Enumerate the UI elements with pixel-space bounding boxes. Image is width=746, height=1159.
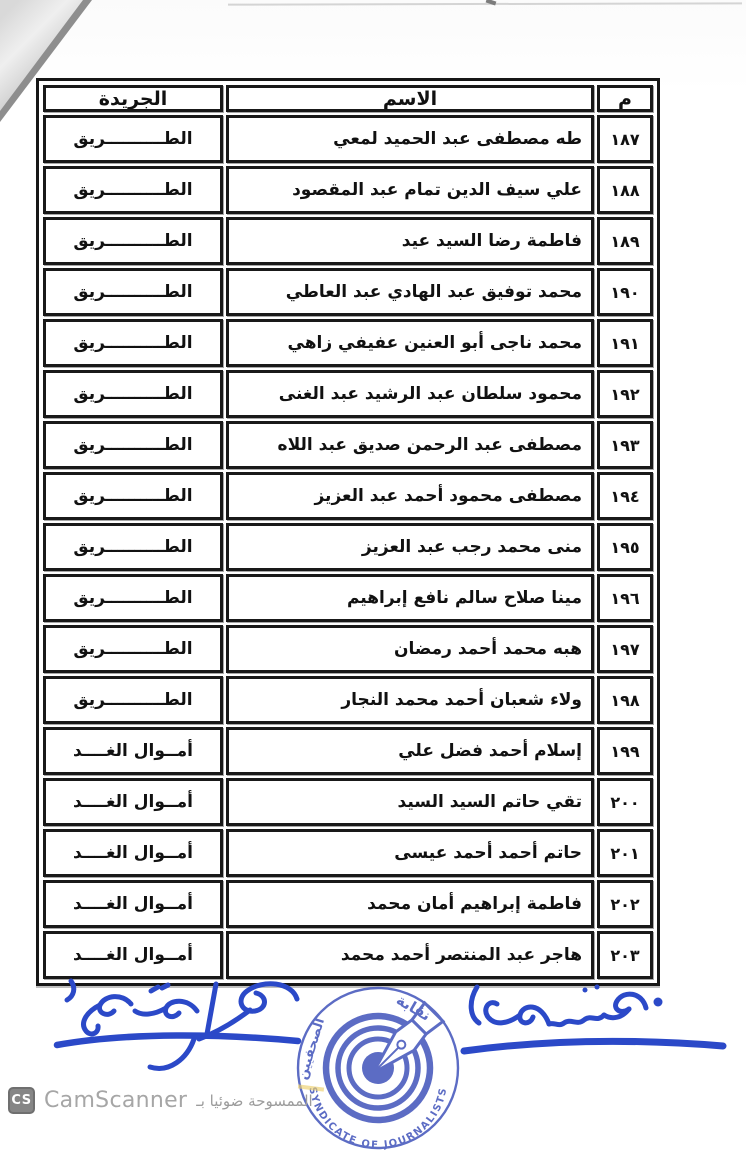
row-newspaper-cell: الطــــــــــريق: [43, 421, 223, 469]
row-number-cell: ٢٠٠: [597, 778, 653, 826]
column-header-name: الاسم: [226, 85, 594, 112]
row-name-cell: ولاء شعبان أحمد محمد النجار: [226, 676, 594, 724]
row-newspaper-cell: الطــــــــــريق: [43, 676, 223, 724]
row-name-cell: فاطمة إبراهيم أمان محمد: [226, 880, 594, 928]
row-newspaper-cell: الطــــــــــريق: [43, 523, 223, 571]
row-newspaper-cell: الطــــــــــريق: [43, 319, 223, 367]
row-number-cell: ١٩٨: [597, 676, 653, 724]
pen-nib-icon: [364, 1003, 443, 1082]
row-number-cell: ١٨٨: [597, 166, 653, 214]
row-newspaper-cell: أمــوال الغــــد: [43, 778, 223, 826]
row-name-cell: علي سيف الدين تمام عبد المقصود: [226, 166, 594, 214]
row-newspaper-cell: أمــوال الغــــد: [43, 931, 223, 979]
signature-right: [464, 985, 723, 1052]
row-number-cell: ١٩٤: [597, 472, 653, 520]
camscanner-watermark: CS CamScanner الممسوحة ضوئيا بـ: [8, 1087, 313, 1114]
page-scan-container: م الاسم الجريدة ١٨٧ طه مصطفى عبد الحميد …: [0, 0, 746, 1159]
row-name-cell: مصطفى محمود أحمد عبد العزيز: [226, 472, 594, 520]
row-name-cell: مصطفى عبد الرحمن صديق عبد اللاه: [226, 421, 594, 469]
row-newspaper-cell: الطــــــــــريق: [43, 115, 223, 163]
row-number-cell: ١٩١: [597, 319, 653, 367]
row-name-cell: محمود سلطان عبد الرشيد عبد الغنى: [226, 370, 594, 418]
roster-table: م الاسم الجريدة ١٨٧ طه مصطفى عبد الحميد …: [36, 78, 660, 986]
row-name-cell: إسلام أحمد فضل علي: [226, 727, 594, 775]
row-number-cell: ٢٠٢: [597, 880, 653, 928]
row-name-cell: فاطمة رضا السيد عيد: [226, 217, 594, 265]
row-name-cell: حاتم أحمد أحمد عيسى: [226, 829, 594, 877]
row-newspaper-cell: الطــــــــــريق: [43, 370, 223, 418]
signature-left: [57, 981, 298, 1068]
row-number-cell: ١٨٧: [597, 115, 653, 163]
row-newspaper-cell: الطــــــــــريق: [43, 166, 223, 214]
torn-edge-line: [228, 2, 742, 5]
column-header-newspaper: الجريدة: [43, 85, 223, 112]
target-rings: [326, 1016, 430, 1120]
row-newspaper-cell: الطــــــــــريق: [43, 625, 223, 673]
stamp-english-text: SYNDICATE OF JOURNALISTS: [306, 1086, 449, 1151]
row-newspaper-cell: الطــــــــــريق: [43, 217, 223, 265]
camscanner-arabic-label: الممسوحة ضوئيا بـ: [196, 1092, 312, 1110]
row-number-cell: ١٨٩: [597, 217, 653, 265]
row-name-cell: تقي حاتم السيد السيد: [226, 778, 594, 826]
roster-table-grid: م الاسم الجريدة ١٨٧ طه مصطفى عبد الحميد …: [43, 85, 653, 979]
row-newspaper-cell: الطــــــــــريق: [43, 574, 223, 622]
camscanner-brand: CamScanner: [44, 1088, 187, 1113]
row-newspaper-cell: أمــوال الغــــد: [43, 727, 223, 775]
stamp-arabic-word2: الصحفيين: [295, 1017, 328, 1082]
stamp-arabic-word1: نقابة: [393, 991, 434, 1025]
row-name-cell: هبه محمد أحمد رمضان: [226, 625, 594, 673]
row-newspaper-cell: أمــوال الغــــد: [43, 829, 223, 877]
row-number-cell: ١٩٥: [597, 523, 653, 571]
row-name-cell: مينا صلاح سالم نافع إبراهيم: [226, 574, 594, 622]
row-name-cell: منى محمد رجب عبد العزيز: [226, 523, 594, 571]
row-newspaper-cell: الطــــــــــريق: [43, 472, 223, 520]
journalist-syndicate-stamp: نقابة الصحفيين SYNDICATE OF JOURNALISTS: [294, 984, 462, 1152]
row-number-cell: ٢٠١: [597, 829, 653, 877]
row-newspaper-cell: أمــوال الغــــد: [43, 880, 223, 928]
row-number-cell: ٢٠٣: [597, 931, 653, 979]
row-name-cell: محمد توفيق عبد الهادي عبد العاطي: [226, 268, 594, 316]
row-newspaper-cell: الطــــــــــريق: [43, 268, 223, 316]
column-header-num: م: [597, 85, 653, 112]
camscanner-badge: CS: [8, 1087, 35, 1114]
row-number-cell: ١٩٩: [597, 727, 653, 775]
row-number-cell: ١٩٢: [597, 370, 653, 418]
row-number-cell: ١٩٣: [597, 421, 653, 469]
row-number-cell: ١٩٠: [597, 268, 653, 316]
row-name-cell: هاجر عبد المنتصر أحمد محمد: [226, 931, 594, 979]
row-name-cell: طه مصطفى عبد الحميد لمعي: [226, 115, 594, 163]
row-number-cell: ١٩٧: [597, 625, 653, 673]
row-number-cell: ١٩٦: [597, 574, 653, 622]
row-name-cell: محمد ناجى أبو العنين عفيفي زاهي: [226, 319, 594, 367]
